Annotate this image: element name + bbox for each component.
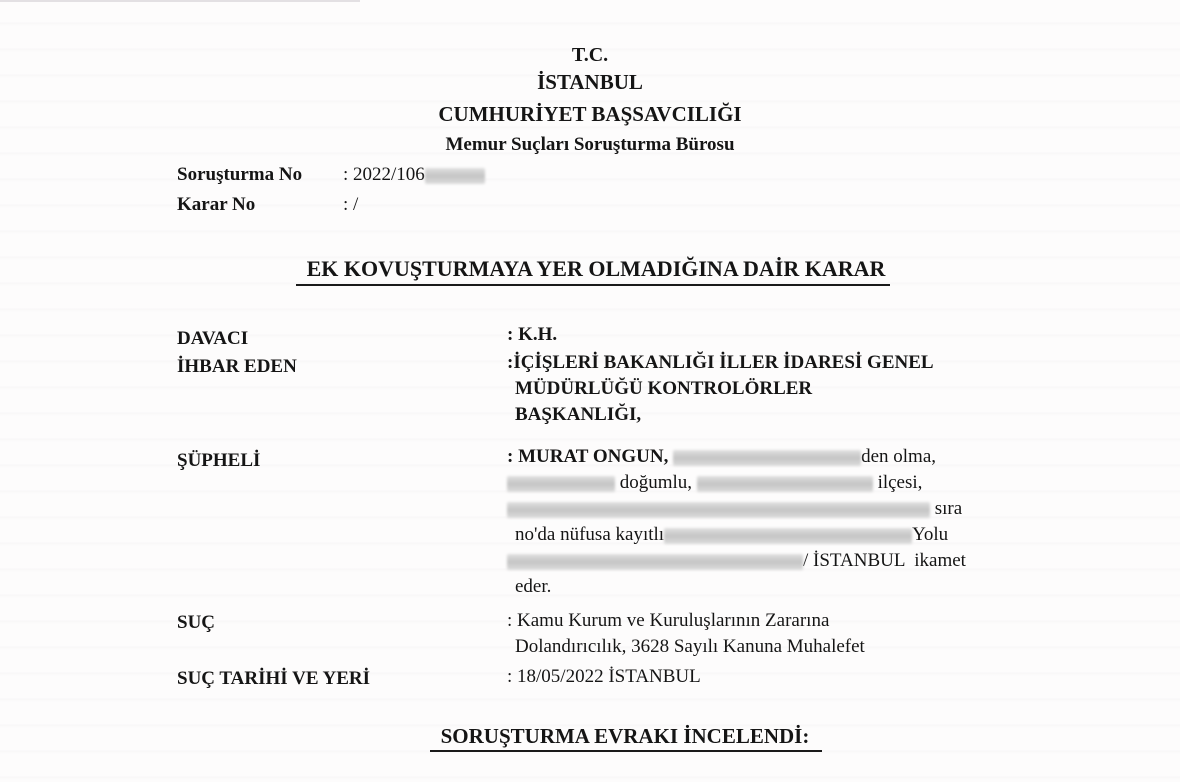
- suspect-name: : MURAT ONGUN,: [507, 446, 668, 467]
- section-title: SORUŞTURMA EVRAKI İNCELENDİ:: [430, 724, 820, 749]
- decision-number-value: : /: [343, 194, 358, 215]
- suspect-text: / İSTANBUL ikamet: [803, 550, 966, 571]
- header-bureau: Memur Suçları Soruşturma Bürosu: [0, 134, 1180, 156]
- informant-label: İHBAR EDEN: [177, 356, 297, 378]
- crime-value: : Kamu Kurum ve Kuruluşlarının Zararına …: [507, 608, 865, 660]
- document-page: T.C. İSTANBUL CUMHURİYET BAŞSAVCILIĞI Me…: [0, 0, 1180, 782]
- plaintiff-label: DAVACI: [177, 328, 248, 350]
- header-republic: T.C.: [0, 44, 1180, 67]
- suspect-line-1: : MURAT ONGUN, den olma,: [507, 444, 1027, 470]
- redaction: [507, 502, 930, 518]
- redaction: [507, 554, 803, 570]
- header-office: CUMHURİYET BAŞSAVCILIĞI: [0, 102, 1180, 127]
- header-city: İSTANBUL: [0, 70, 1180, 95]
- decision-number-row: Karar No: /: [177, 194, 358, 216]
- suspect-line-2: doğumlu, ilçesi,: [507, 470, 1027, 496]
- informant-line: :İÇİŞLERİ BAKANLIĞI İLLER İDARESİ GENEL: [507, 350, 934, 376]
- crime-line: Dolandırıcılık, 3628 Sayılı Kanuna Muhal…: [507, 634, 865, 660]
- investigation-number-value: : 2022/106: [343, 164, 425, 185]
- investigation-number-row: Soruşturma No: 2022/106: [177, 164, 485, 186]
- informant-value: :İÇİŞLERİ BAKANLIĞI İLLER İDARESİ GENEL …: [507, 350, 934, 428]
- redaction: [664, 528, 912, 544]
- investigation-number-label: Soruşturma No: [177, 164, 343, 186]
- crime-date-value: : 18/05/2022 İSTANBUL: [507, 664, 701, 690]
- suspect-text: ilçesi,: [878, 472, 923, 493]
- suspect-text: den olma,: [861, 446, 936, 467]
- informant-line: BAŞKANLIĞI,: [507, 402, 934, 428]
- redaction: [673, 450, 861, 466]
- suspect-line-6: eder.: [507, 574, 1027, 600]
- crime-line: : Kamu Kurum ve Kuruluşlarının Zararına: [507, 608, 865, 634]
- suspect-value: : MURAT ONGUN, den olma, doğumlu, ilçesi…: [507, 444, 1027, 600]
- informant-line: MÜDÜRLÜĞÜ KONTROLÖRLER: [507, 376, 934, 402]
- suspect-text: sıra: [935, 498, 962, 519]
- decision-number-label: Karar No: [177, 194, 343, 216]
- crime-date-label: SUÇ TARİHİ VE YERİ: [177, 668, 370, 690]
- suspect-text: Yolu: [912, 524, 948, 545]
- title-underline: [296, 284, 890, 286]
- redaction: [507, 476, 615, 492]
- redaction: [697, 476, 873, 492]
- document-title: EK KOVUŞTURMAYA YER OLMADIĞINA DAİR KARA…: [296, 256, 896, 282]
- crime-label: SUÇ: [177, 612, 215, 634]
- suspect-label: ŞÜPHELİ: [177, 450, 260, 472]
- section-title-underline: [430, 750, 822, 752]
- suspect-text: doğumlu,: [620, 472, 692, 493]
- suspect-text: no'da nüfusa kayıtlı: [515, 524, 664, 545]
- plaintiff-value: : K.H.: [507, 322, 557, 348]
- redaction: [425, 168, 485, 184]
- suspect-line-4: no'da nüfusa kayıtlıYolu: [507, 522, 1027, 548]
- scan-edge: [0, 0, 360, 2]
- suspect-line-5: / İSTANBUL ikamet: [507, 548, 1027, 574]
- suspect-line-3: sıra: [507, 496, 1027, 522]
